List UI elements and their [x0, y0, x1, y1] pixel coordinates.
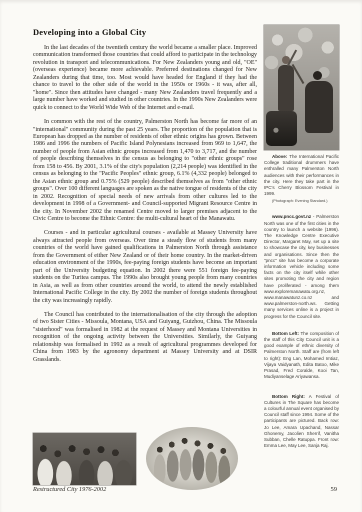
festival-of-cultures-photo: [146, 427, 238, 490]
council-staff-photo: [33, 433, 136, 485]
caption-above: Above: The International Pacific College…: [264, 154, 339, 197]
paragraph-international-community: In common with the rest of the country, …: [33, 119, 257, 223]
paragraph-massey-students: Courses - and in particular agricultural…: [33, 230, 257, 305]
photo-spacer: [264, 25, 339, 154]
caption-bottom-left-text: The composition of the staff of this Cit…: [264, 331, 339, 379]
caption-sidebar: Above: The International Pacific College…: [264, 25, 339, 458]
page-title: Developing into a Global City: [33, 28, 257, 37]
caption-website-text: - Palmerston North was one of the first …: [264, 214, 339, 318]
caption-above-label: Above:: [272, 154, 287, 159]
book-page: Developing into a Global City In the las…: [0, 0, 362, 512]
book-title: Restructured City 1976-2002: [33, 486, 106, 493]
caption-bottom-left: Bottom Left: The composition of the staf…: [264, 331, 339, 381]
main-text-column: Developing into a Global City In the las…: [33, 28, 257, 371]
page-number: 59: [331, 486, 338, 493]
caption-bottom-left-label: Bottom Left:: [272, 331, 299, 336]
caption-bottom-right-text: A Festival of Cultures in The Square has…: [264, 394, 339, 449]
caption-website: www.pncc.govt.nz - Palmerston North was …: [264, 214, 339, 319]
photo-credit: (Photograph: Evening Standard.): [264, 199, 339, 204]
caption-bottom-right: Bottom Right: A Festival of Cultures in …: [264, 394, 339, 450]
caption-bottom-right-label: Bottom Right:: [272, 394, 305, 399]
page-footer: Restructured City 1976-2002 59: [33, 486, 337, 493]
caption-above-text: The International Pacific College tradit…: [264, 154, 339, 196]
website-url: www.pncc.govt.nz: [272, 214, 311, 219]
paragraph-global-city: In the last decades of the twentieth cen…: [33, 45, 257, 112]
paragraph-sister-cities: The Council has contributed to the inter…: [33, 312, 257, 364]
